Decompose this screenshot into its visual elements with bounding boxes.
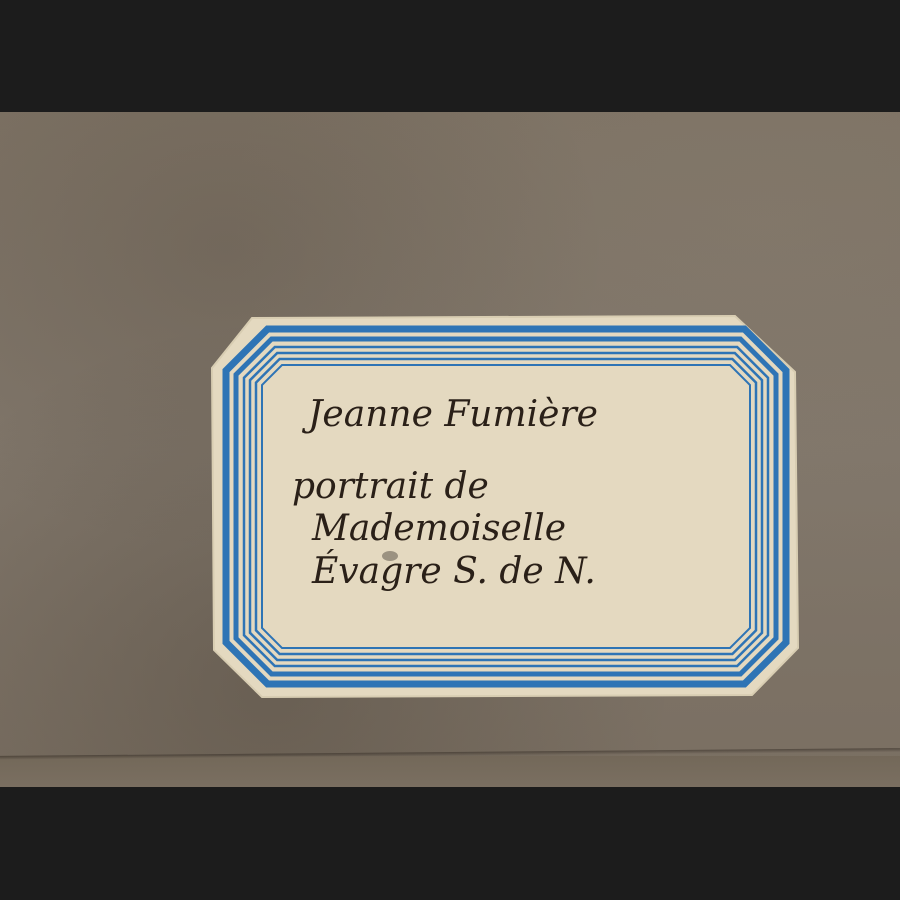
label-line-4: Évagre S. de N. (311, 550, 596, 592)
label-line-1: Jeanne Fumière (301, 394, 598, 435)
ink-stain (382, 551, 398, 561)
label-line-2: portrait de (292, 466, 489, 507)
label: Jeanne Fumière portrait de Mademoiselle … (0, 0, 900, 900)
label-line-3: Mademoiselle (311, 508, 566, 549)
